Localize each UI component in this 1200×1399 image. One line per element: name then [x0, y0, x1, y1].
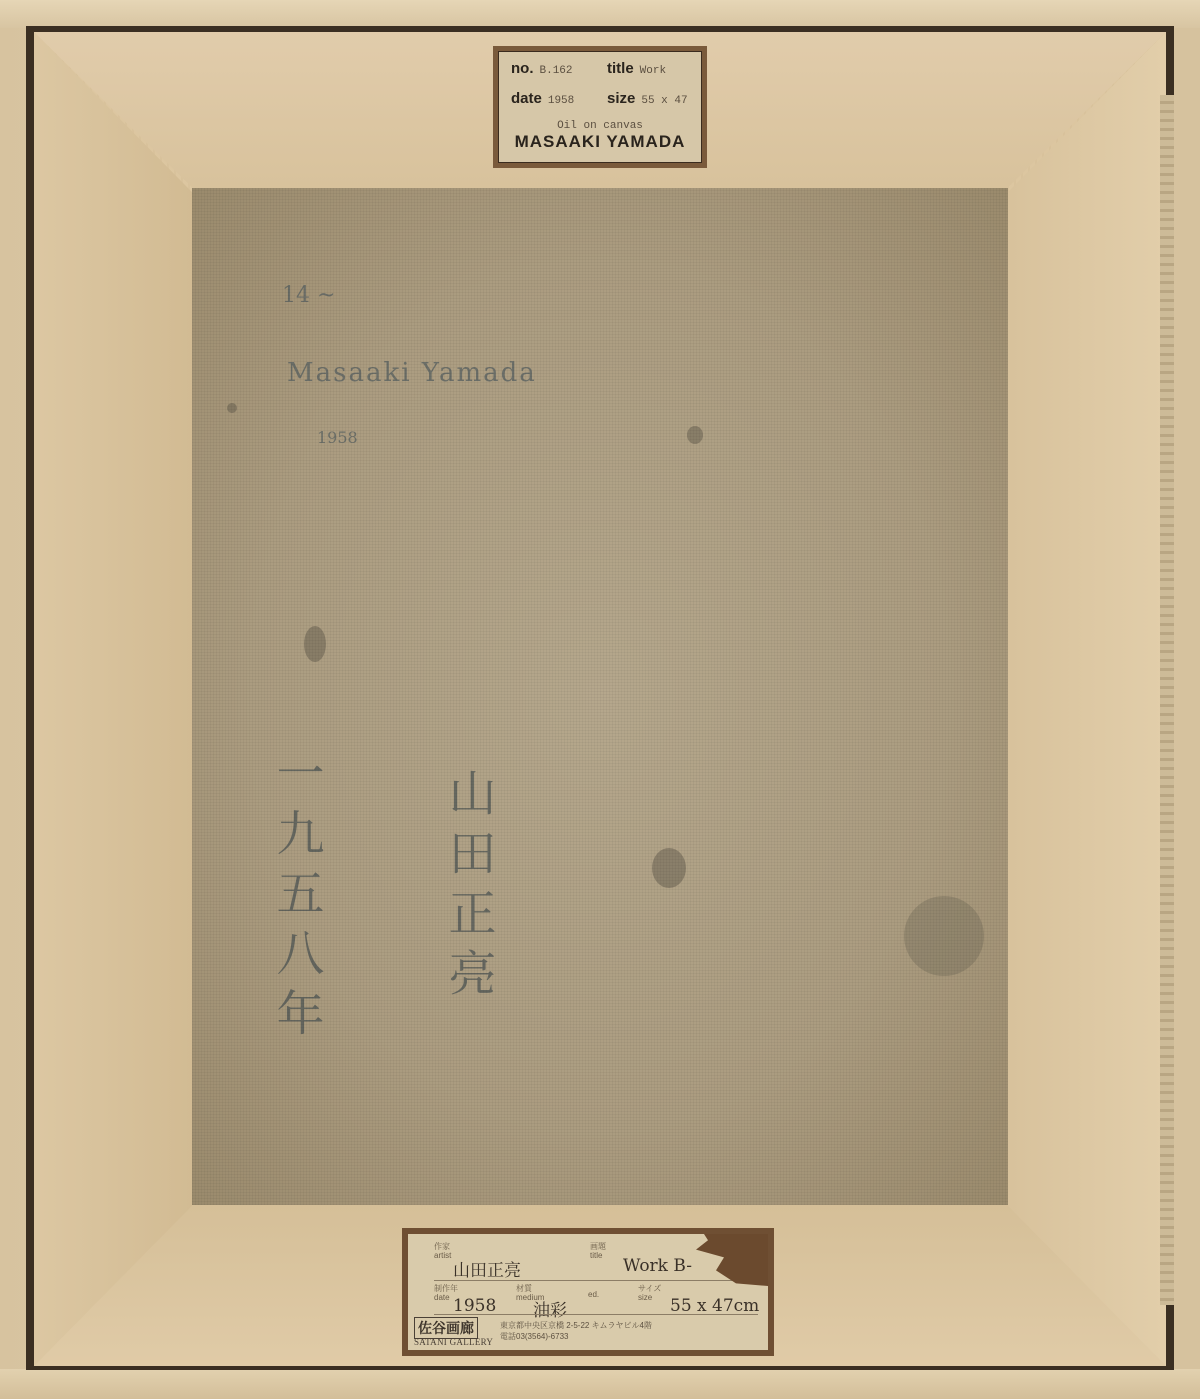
canvas-verso: 14 ~ Masaaki Yamada 1958 一九五八年 山田正亮: [192, 188, 1008, 1205]
address-text: 東京都中央区京橋 2-5-22 キムラヤビル4階: [500, 1321, 652, 1330]
stain: [304, 626, 326, 662]
stain: [652, 848, 686, 888]
label-rule: [434, 1280, 758, 1281]
medium-value: 油彩: [533, 1296, 567, 1321]
title-jp: 画題: [590, 1242, 606, 1251]
inscription-number: 14 ~: [282, 283, 335, 308]
stain: [227, 403, 237, 413]
crate-bottom-rail: [0, 1369, 1200, 1399]
label-date-value: 1958: [548, 95, 574, 107]
artist-label-top: no.B.162 titleWork date1958 size55 x 47 …: [493, 46, 707, 168]
frame-right-bevel: [1008, 32, 1166, 1366]
title-value: Work B-: [623, 1256, 692, 1276]
gallery-address: 東京都中央区京橋 2-5-22 キムラヤビル4階電話03(3564)-6733: [500, 1320, 652, 1342]
gallery-label-bottom: 作家artist 山田正亮 画題title Work B- 制作年date 19…: [402, 1228, 774, 1356]
label-no-value: B.162: [540, 65, 573, 77]
torn-corner: [688, 1234, 768, 1286]
size-en: size: [638, 1293, 652, 1302]
inscription-vertical-date: 一九五八年: [262, 748, 331, 1048]
label-size-value: 55 x 47: [641, 95, 687, 107]
canvas-edge-string: [1160, 95, 1174, 1305]
artist-jp: 作家: [434, 1242, 450, 1251]
gallery-logo: 佐谷画廊: [414, 1317, 478, 1339]
frame-left-bevel: [34, 32, 192, 1366]
phone-text: 電話03(3564)-6733: [500, 1332, 568, 1341]
artist-en: artist: [434, 1251, 451, 1260]
gallery-name-en: SATANI GALLERY: [414, 1337, 493, 1347]
medium-jp: 材質: [516, 1284, 532, 1293]
inscription-year: 1958: [317, 428, 358, 447]
label-title-key: title: [607, 60, 634, 77]
label-date-key: date: [511, 90, 542, 107]
label-artist: MASAAKI YAMADA: [499, 132, 701, 152]
stain: [904, 896, 984, 976]
date-value: 1958: [453, 1296, 496, 1316]
title-en: title: [590, 1251, 602, 1260]
ed-label: ed.: [588, 1290, 599, 1299]
artist-value: 山田正亮: [453, 1256, 521, 1281]
label-medium: Oil on canvas: [499, 120, 701, 132]
label-size-key: size: [607, 90, 635, 107]
inscription-vertical-name: 山田正亮: [434, 768, 503, 1008]
label-no-key: no.: [511, 60, 534, 77]
size-jp: サイズ: [638, 1284, 661, 1293]
inscription-signature: Masaaki Yamada: [287, 358, 537, 388]
date-jp: 制作年: [434, 1284, 458, 1293]
date-en: date: [434, 1293, 450, 1302]
size-value: 55 x 47cm: [670, 1296, 759, 1316]
label-title-value: Work: [640, 65, 666, 77]
label-rule: [434, 1314, 758, 1315]
stain: [687, 426, 703, 444]
crate-top-rail: [0, 0, 1200, 28]
